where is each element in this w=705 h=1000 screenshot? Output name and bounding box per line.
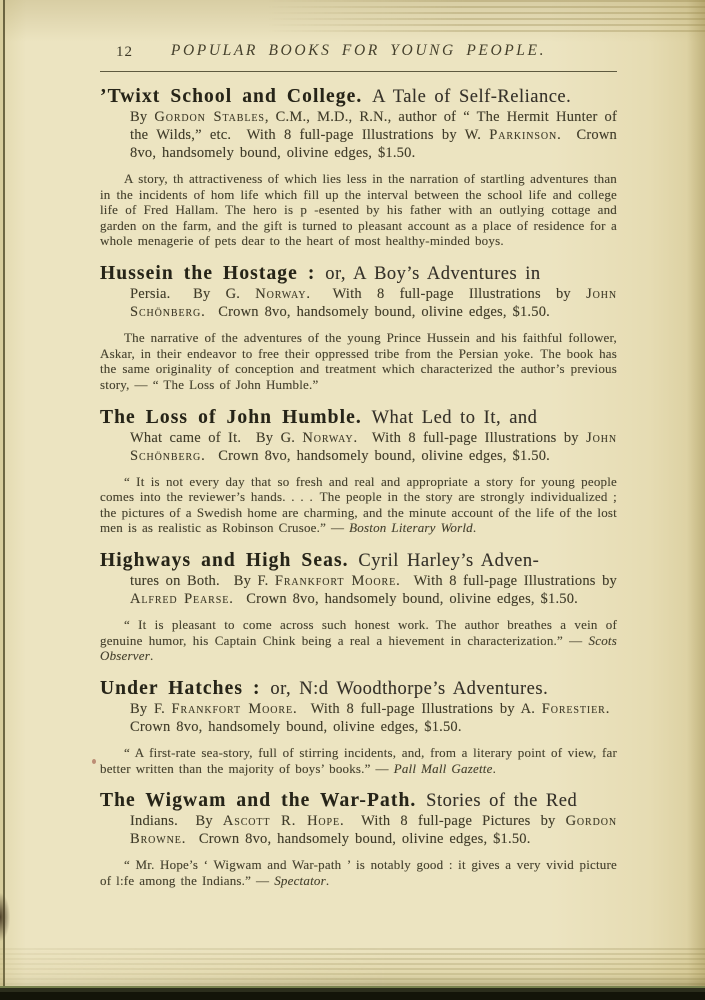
book-entry-blurb: The narrative of the adventures of the y… bbox=[100, 330, 617, 392]
text-run: Frankfort Moore bbox=[172, 701, 293, 717]
book-entry: The Loss of John Humble. What Led to It,… bbox=[100, 406, 617, 536]
text-run: A story, th attractiveness of which lies… bbox=[100, 171, 617, 248]
text-run: “ It is pleasant to come across such hon… bbox=[100, 617, 617, 648]
book-entry: Hussein the Hostage : or, A Boy’s Advent… bbox=[100, 262, 617, 392]
text-run: . With 8 full-page Illustrations by A. bbox=[293, 701, 542, 717]
book-entry-heading: The Loss of John Humble. What Led to It,… bbox=[100, 406, 617, 466]
text-run: Frankfort Moore bbox=[275, 573, 396, 589]
text-run: Norway bbox=[302, 430, 353, 446]
text-run: Gordon Stables bbox=[154, 109, 265, 125]
text-run: . With 8 full-page Illustrations by bbox=[396, 573, 617, 589]
page-header: 12 POPULAR BOOKS FOR YOUNG PEOPLE. bbox=[100, 42, 617, 64]
scanned-catalog-page: 12 POPULAR BOOKS FOR YOUNG PEOPLE. ’Twix… bbox=[0, 0, 705, 1000]
text-run: . Crown 8vo, handsomely bound, olivine e… bbox=[229, 591, 578, 607]
text-run: By bbox=[130, 109, 154, 125]
text-run: What Led to It, and bbox=[362, 408, 538, 428]
book-entry-blurb: A story, th attractiveness of which lies… bbox=[100, 171, 617, 249]
book-entry: Highways and High Seas. Cyril Harley’s A… bbox=[100, 549, 617, 664]
text-run: tures on Both. By F. bbox=[130, 573, 275, 589]
text-run: A Tale of Self-Reliance. bbox=[362, 87, 571, 107]
text-run: Spectator bbox=[274, 873, 326, 888]
text-run: The narrative of the adventures of the y… bbox=[100, 330, 617, 392]
book-entry-heading: ’Twixt School and College. A Tale of Sel… bbox=[100, 85, 617, 163]
text-run: Under Hatches : bbox=[100, 678, 261, 699]
page-number: 12 bbox=[116, 44, 133, 61]
page-content: 12 POPULAR BOOKS FOR YOUNG PEOPLE. ’Twix… bbox=[100, 42, 617, 889]
text-run: . bbox=[493, 761, 496, 776]
running-title: POPULAR BOOKS FOR YOUNG PEOPLE. bbox=[100, 42, 617, 60]
book-entries: ’Twixt School and College. A Tale of Sel… bbox=[100, 85, 617, 889]
red-speck bbox=[92, 759, 96, 764]
text-run: . Crown 8vo, handsomely bound, olivine e… bbox=[182, 831, 531, 847]
text-run: . Crown 8vo, handsomely bound, olivine e… bbox=[201, 448, 550, 464]
book-cover-bottom-edge bbox=[0, 986, 705, 1000]
text-run: Pall Mall Gazette bbox=[394, 761, 493, 776]
ink-smudge bbox=[0, 893, 10, 941]
book-entry-heading: The Wigwam and the War-Path. Stories of … bbox=[100, 789, 617, 849]
book-entry-blurb: “ It is pleasant to come across such hon… bbox=[100, 617, 617, 664]
text-run: Indians. By bbox=[130, 813, 223, 829]
text-run: Ascott R. Hope bbox=[223, 813, 340, 829]
book-entry-heading: Hussein the Hostage : or, A Boy’s Advent… bbox=[100, 262, 617, 322]
page-stack-top-edge bbox=[268, 0, 705, 34]
text-run: Hussein the Hostage : bbox=[100, 263, 315, 284]
book-entry-heading: Highways and High Seas. Cyril Harley’s A… bbox=[100, 549, 617, 609]
text-run: Highways and High Seas. bbox=[100, 550, 349, 571]
page-left-edge-line bbox=[3, 0, 5, 986]
text-run: “ Mr. Hope’s ‘ Wigwam and War-path ’ is … bbox=[100, 857, 617, 888]
text-run: . With 8 full-page Illustrations by bbox=[353, 430, 586, 446]
text-run: “ A first-rate sea-story, full of stirri… bbox=[100, 745, 617, 776]
text-run: . bbox=[150, 648, 153, 663]
book-entry: Under Hatches : or, N:d Woodthorpe’s Adv… bbox=[100, 677, 617, 776]
text-run: Cyril Harley’s Adven- bbox=[349, 551, 540, 571]
text-run: . Crown 8vo, handsomely bound, olivine e… bbox=[201, 304, 550, 320]
text-run: Parkinson bbox=[489, 127, 557, 143]
text-run: Stories of the Red bbox=[416, 791, 577, 811]
text-run: The Wigwam and the War-Path. bbox=[100, 790, 416, 811]
book-entry-blurb: “ Mr. Hope’s ‘ Wigwam and War-path ’ is … bbox=[100, 857, 617, 888]
text-run: or, A Boy’s Adventures in bbox=[315, 264, 540, 284]
book-entry: ’Twixt School and College. A Tale of Sel… bbox=[100, 85, 617, 249]
text-run: . With 8 full-page Pictures by bbox=[340, 813, 566, 829]
book-entry-heading: Under Hatches : or, N:d Woodthorpe’s Adv… bbox=[100, 677, 617, 737]
text-run: Alfred Pearse bbox=[130, 591, 229, 607]
text-run: . bbox=[473, 520, 476, 535]
text-run: Forestier bbox=[542, 701, 606, 717]
text-run: . With 8 full-page Illustrations by bbox=[306, 286, 586, 302]
text-run: The Loss of John Humble. bbox=[100, 407, 362, 428]
book-entry-blurb: “ A first-rate sea-story, full of stirri… bbox=[100, 745, 617, 776]
book-entry-blurb: “ It is not every day that so fresh and … bbox=[100, 474, 617, 536]
text-run: What came of It. By G. bbox=[130, 430, 302, 446]
book-entry: The Wigwam and the War-Path. Stories of … bbox=[100, 789, 617, 888]
text-run: Persia. By G. bbox=[130, 286, 255, 302]
text-run: By F. bbox=[130, 701, 172, 717]
text-run: or, N:d Woodthorpe’s Adventures. bbox=[261, 679, 549, 699]
text-run: . bbox=[326, 873, 329, 888]
page-stack-bottom-edge bbox=[0, 948, 705, 986]
text-run: Norway bbox=[255, 286, 306, 302]
text-run: ’Twixt School and College. bbox=[100, 86, 362, 107]
text-run: Boston Literary World bbox=[349, 520, 473, 535]
header-rule bbox=[100, 71, 617, 72]
page-right-edge-shading bbox=[687, 0, 705, 1000]
